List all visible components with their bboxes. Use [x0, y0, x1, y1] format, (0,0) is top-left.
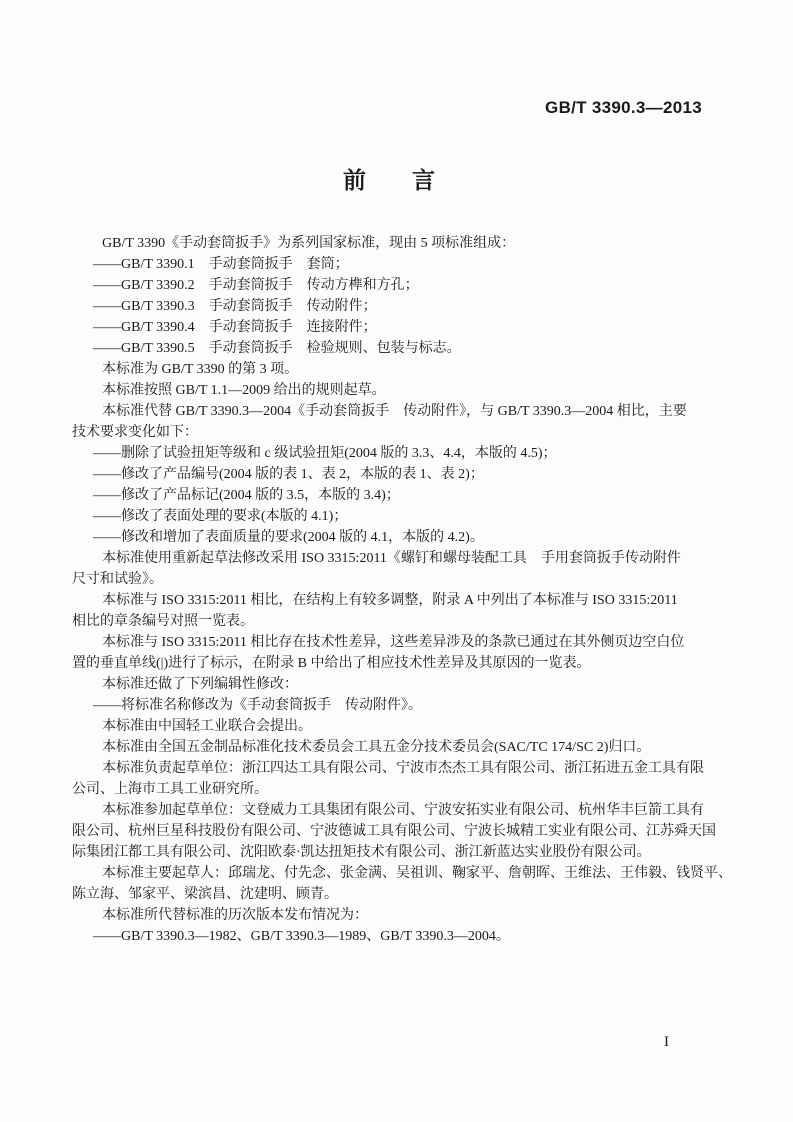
text-line: ——GB/T 3390.5 手动套筒扳手 检验规则、包装与标志。: [72, 338, 696, 359]
text-line: ——修改了产品编号(2004 版的表 1、表 2，本版的表 1、表 2)；: [72, 464, 696, 485]
document-body: GB/T 3390《手动套筒扳手》为系列国家标准，现由 5 项标准组成：——GB…: [72, 233, 696, 947]
page-title: 前 言: [0, 162, 778, 195]
text-line: 本标准还做了下列编辑性修改：: [72, 674, 696, 695]
text-line: 本标准由全国五金制品标准化技术委员会工具五金分技术委员会(SAC/TC 174/…: [72, 737, 696, 758]
text-line: ——GB/T 3390.2 手动套筒扳手 传动方榫和方孔；: [72, 275, 696, 296]
text-line: 置的垂直单线(|)进行了标示，在附录 B 中给出了相应技术性差异及其原因的一览表…: [72, 653, 696, 674]
text-line: ——GB/T 3390.3—1982、GB/T 3390.3—1989、GB/T…: [72, 926, 696, 947]
text-line: 尺寸和试验》。: [72, 569, 696, 590]
text-line: ——修改和增加了表面质量的要求(2004 版的 4.1，本版的 4.2)。: [72, 527, 696, 548]
text-line: 本标准由中国轻工业联合会提出。: [72, 716, 696, 737]
text-line: 本标准参加起草单位：文登威力工具集团有限公司、宁波安拓实业有限公司、杭州华丰巨箭…: [72, 800, 696, 821]
standard-number: GB/T 3390.3—2013: [545, 98, 702, 118]
text-line: ——GB/T 3390.3 手动套筒扳手 传动附件；: [72, 296, 696, 317]
text-line: 本标准所代替标准的历次版本发布情况为：: [72, 905, 696, 926]
text-line: GB/T 3390《手动套筒扳手》为系列国家标准，现由 5 项标准组成：: [72, 233, 696, 254]
text-line: ——GB/T 3390.4 手动套筒扳手 连接附件；: [72, 317, 696, 338]
text-line: ——GB/T 3390.1 手动套筒扳手 套筒；: [72, 254, 696, 275]
text-line: 本标准为 GB/T 3390 的第 3 项。: [72, 359, 696, 380]
text-line: 本标准与 ISO 3315:2011 相比，在结构上有较多调整，附录 A 中列出…: [72, 590, 696, 611]
text-line: 本标准使用重新起草法修改采用 ISO 3315:2011《螺钉和螺母装配工具 手…: [72, 548, 696, 569]
text-line: 本标准主要起草人：邱瑞龙、付先念、张金满、吴祖训、鞠家平、詹朝晖、王维法、王伟毅…: [72, 863, 696, 884]
document-page: GB/T 3390.3—2013 前 言 GB/T 3390《手动套筒扳手》为系…: [0, 0, 793, 1122]
text-line: 陈立海、邹家平、梁滨昌、沈建明、顾青。: [72, 884, 696, 905]
text-line: 本标准与 ISO 3315:2011 相比存在技术性差异，这些差异涉及的条款已通…: [72, 632, 696, 653]
text-line: ——删除了试验扭矩等级和 c 级试验扭矩(2004 版的 3.3、4.4，本版的…: [72, 443, 696, 464]
text-line: ——将标准名称修改为《手动套筒扳手 传动附件》。: [72, 695, 696, 716]
text-line: 技术要求变化如下：: [72, 422, 696, 443]
text-line: 本标准代替 GB/T 3390.3—2004《手动套筒扳手 传动附件》，与 GB…: [72, 401, 696, 422]
text-line: 公司、上海市工具工业研究所。: [72, 779, 696, 800]
text-line: ——修改了表面处理的要求(本版的 4.1)；: [72, 506, 696, 527]
page-number: I: [664, 1034, 669, 1051]
text-line: 相比的章条编号对照一览表。: [72, 611, 696, 632]
text-line: 限公司、杭州巨星科技股份有限公司、宁波德诚工具有限公司、宁波长城精工实业有限公司…: [72, 821, 696, 842]
text-line: 本标准负责起草单位：浙江四达工具有限公司、宁波市杰杰工具有限公司、浙江拓进五金工…: [72, 758, 696, 779]
text-line: 本标准按照 GB/T 1.1—2009 给出的规则起草。: [72, 380, 696, 401]
text-line: 际集团江都工具有限公司、沈阳欧泰·凯达扭矩技术有限公司、浙江新蓝达实业股份有限公…: [72, 842, 696, 863]
text-line: ——修改了产品标记(2004 版的 3.5，本版的 3.4)；: [72, 485, 696, 506]
